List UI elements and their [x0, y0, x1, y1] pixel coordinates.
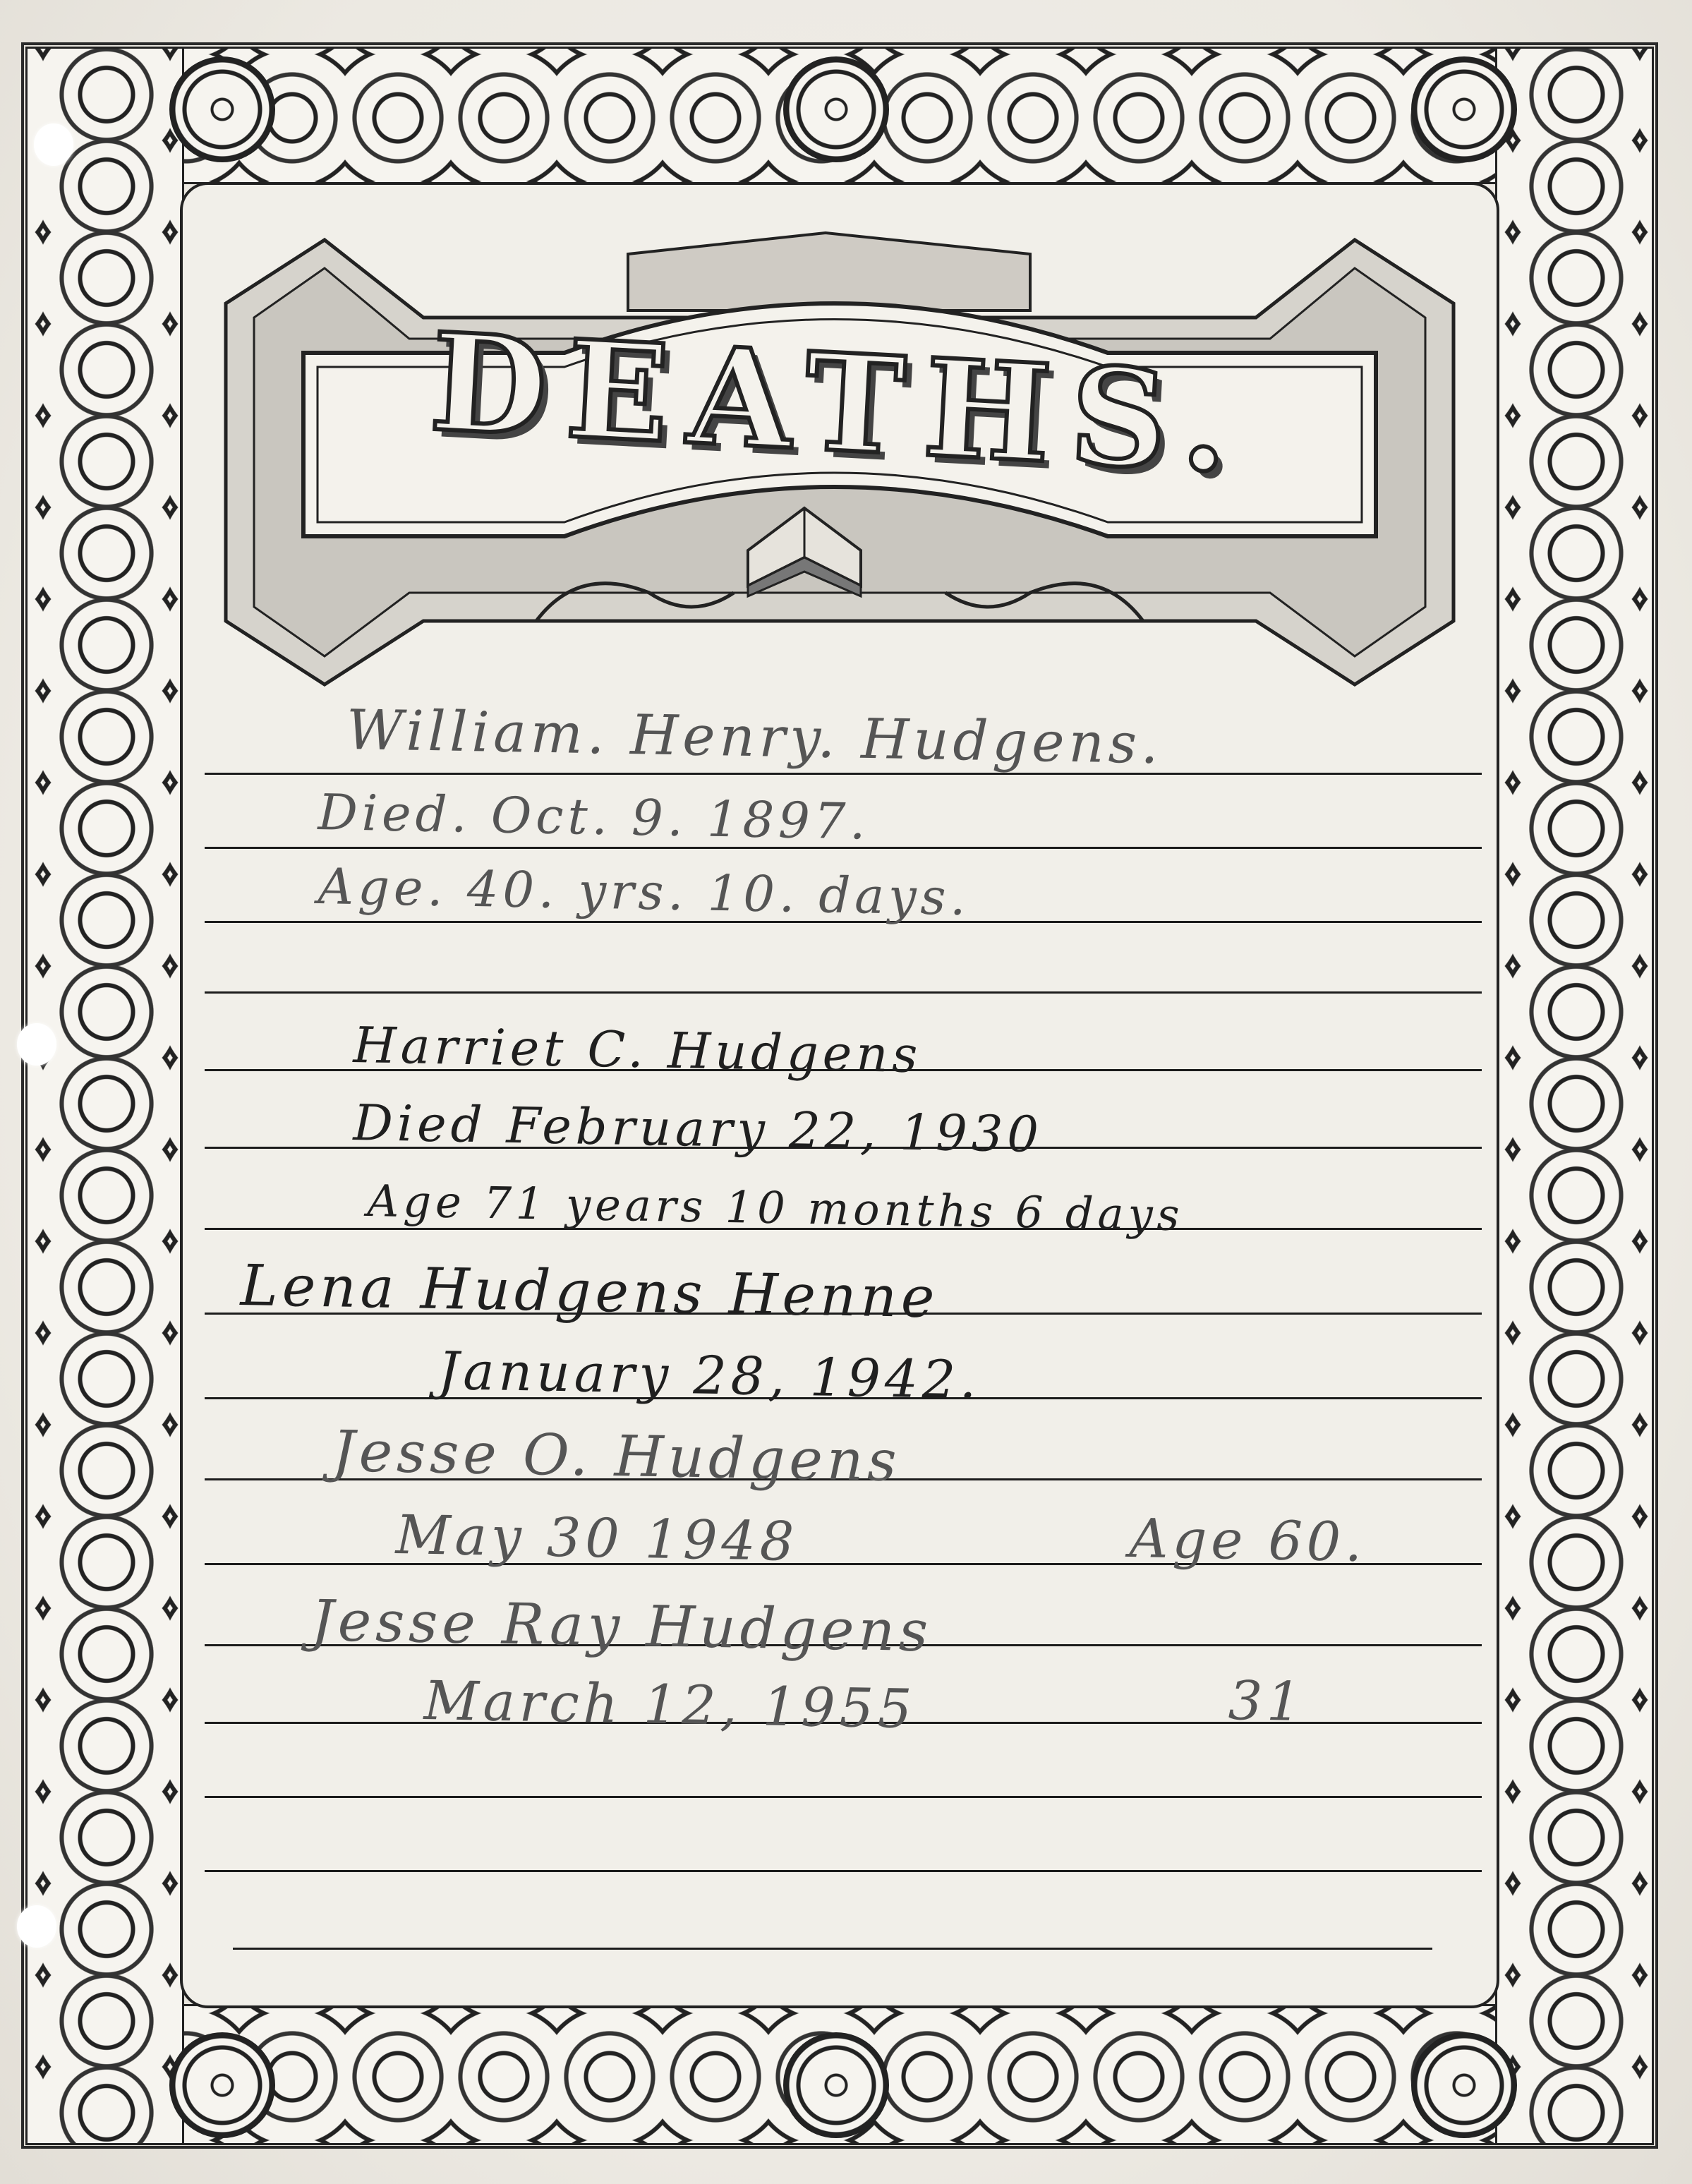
ruled-line: [205, 1870, 1482, 1872]
rosette-icon: [783, 56, 889, 162]
ornamental-border-right: [1495, 47, 1654, 2145]
entry-death-date: March 12, 1955: [423, 1669, 917, 1740]
bible-page: DEATHS. William. Henry. Hudgens. Died. O…: [0, 0, 1692, 2184]
ruled-line: [233, 1948, 1432, 1950]
entry-age: Age 60.: [1129, 1507, 1367, 1574]
entry-name: Lena Hudgens Henne: [240, 1253, 939, 1330]
punch-hole: [17, 1023, 56, 1066]
rosette-icon: [783, 2032, 889, 2138]
entry-age: Age. 40. yrs. 10. days.: [318, 857, 970, 927]
ruled-line: [205, 773, 1482, 775]
entry-death-date: Died February 22, 1930: [353, 1094, 1044, 1164]
entry-death-date: January 28, 1942.: [437, 1341, 981, 1411]
entry-death-date: Died. Oct. 9. 1897.: [318, 783, 870, 851]
ruled-line: [205, 991, 1482, 994]
deaths-banner: DEATHS.: [198, 226, 1482, 692]
entry-name: Jesse Ray Hudgens: [310, 1588, 933, 1664]
entry-age: 31: [1228, 1669, 1305, 1733]
ornamental-border-left: [25, 47, 184, 2145]
rosette-icon: [169, 2032, 275, 2138]
punch-hole: [17, 1905, 56, 1948]
entry-death-date: May 30 1948: [395, 1503, 799, 1573]
rosette-icon: [169, 56, 275, 162]
entry-name: Harriet C. Hudgens: [353, 1016, 922, 1084]
entry-name: Jesse O. Hudgens: [332, 1418, 901, 1494]
rosette-icon: [1411, 56, 1517, 162]
punch-hole: [34, 123, 73, 166]
rosette-icon: [1411, 2032, 1517, 2138]
ruled-line: [205, 1796, 1482, 1798]
